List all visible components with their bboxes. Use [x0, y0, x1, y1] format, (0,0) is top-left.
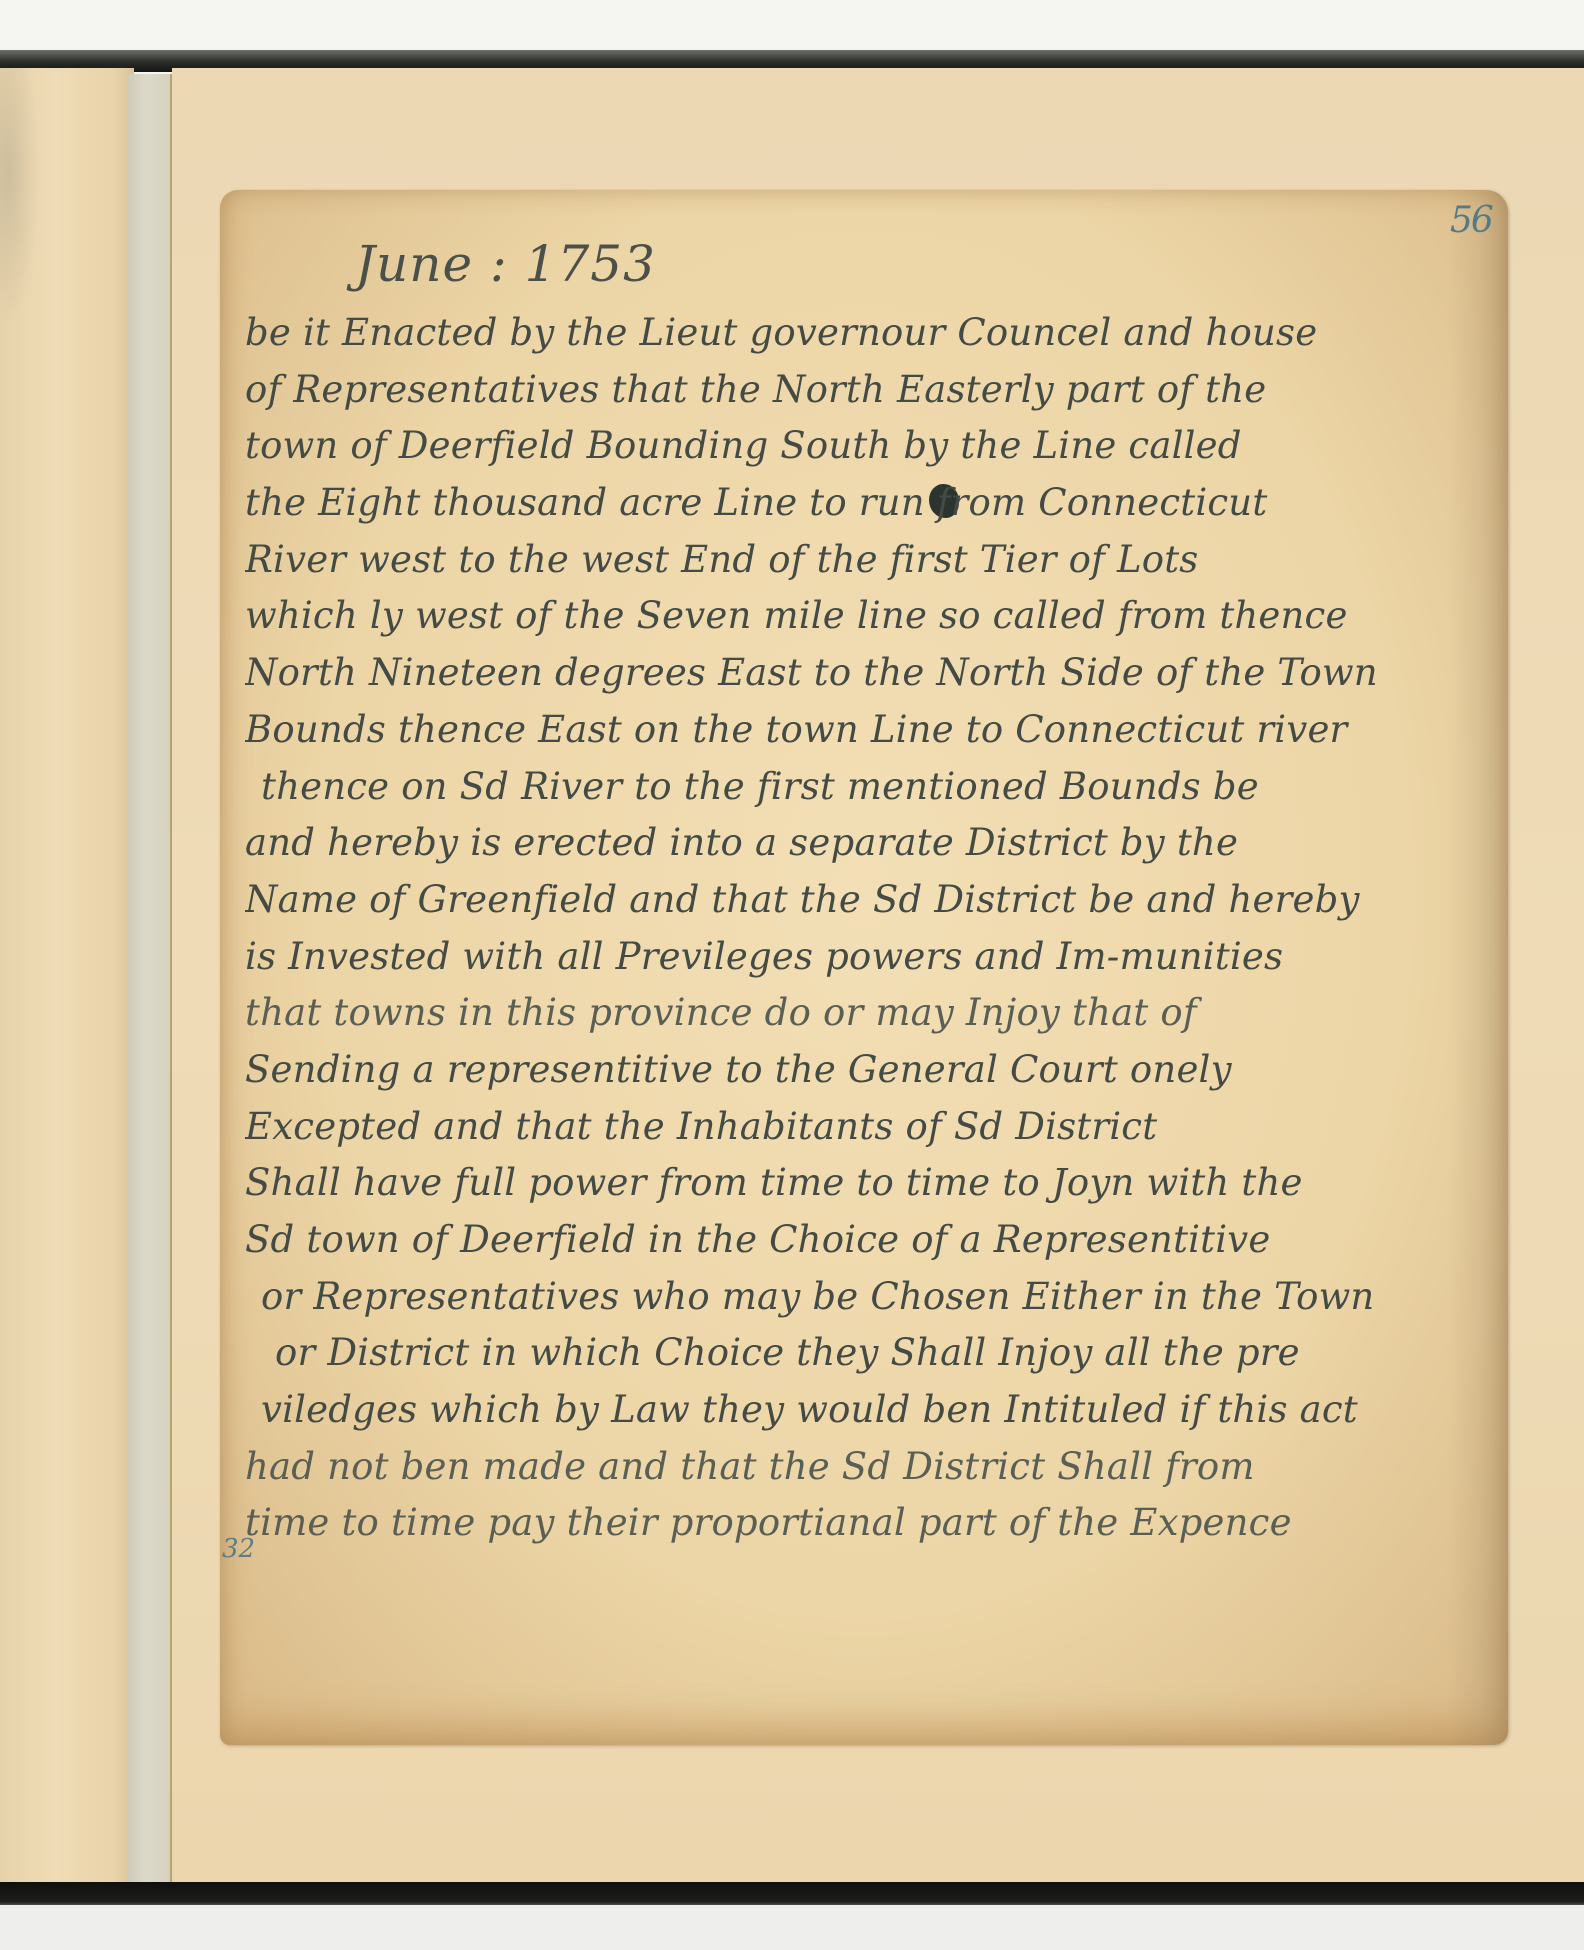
text-line-1: be it Enacted by the Lieut governour Cou…	[245, 305, 1495, 362]
text-line-7: North Nineteen degrees East to the North…	[245, 645, 1495, 702]
text-line-2: of Representatives that the North Easter…	[245, 362, 1495, 419]
text-line-5: River west to the west End of the first …	[245, 532, 1495, 589]
text-line-20: viledges which by Law they would ben Int…	[245, 1382, 1495, 1439]
text-line-19: or District in which Choice they Shall I…	[245, 1325, 1495, 1382]
scan-background-bottom	[0, 1905, 1584, 1950]
left-page-verso	[0, 68, 134, 1888]
text-line-9: thence on Sd River to the first mentione…	[245, 759, 1495, 816]
text-line-15: Excepted and that the Inhabitants of Sd …	[245, 1099, 1495, 1156]
text-line-21: had not ben made and that the Sd Distric…	[245, 1439, 1495, 1496]
binding-guard-strip	[128, 74, 172, 1889]
text-line-4: the Eight thousand acre Line to run from…	[245, 475, 1495, 532]
date-heading: June : 1753	[355, 235, 656, 293]
manuscript-text-body: be it Enacted by the Lieut governour Cou…	[245, 305, 1495, 1552]
text-line-3: town of Deerfield Bounding South by the …	[245, 418, 1495, 475]
text-line-12: is Invested with all Previleges powers a…	[245, 929, 1495, 986]
text-line-13: that towns in this province do or may In…	[245, 985, 1495, 1042]
text-line-11: Name of Greenfield and that the Sd Distr…	[245, 872, 1495, 929]
text-line-22: time to time pay their proportianal part…	[245, 1495, 1495, 1552]
text-line-6: which ly west of the Seven mile line so …	[245, 588, 1495, 645]
text-line-17: Sd town of Deerfield in the Choice of a …	[245, 1212, 1495, 1269]
text-line-8: Bounds thence East on the town Line to C…	[245, 702, 1495, 759]
folio-number: 56	[1450, 200, 1492, 241]
left-page-stain	[0, 68, 40, 328]
text-line-10: and hereby is erected into a separate Di…	[245, 815, 1495, 872]
text-line-14: Sending a representitive to the General …	[245, 1042, 1495, 1099]
text-line-18: or Representatives who may be Chosen Eit…	[245, 1269, 1495, 1326]
text-line-16: Shall have full power from time to time …	[245, 1155, 1495, 1212]
